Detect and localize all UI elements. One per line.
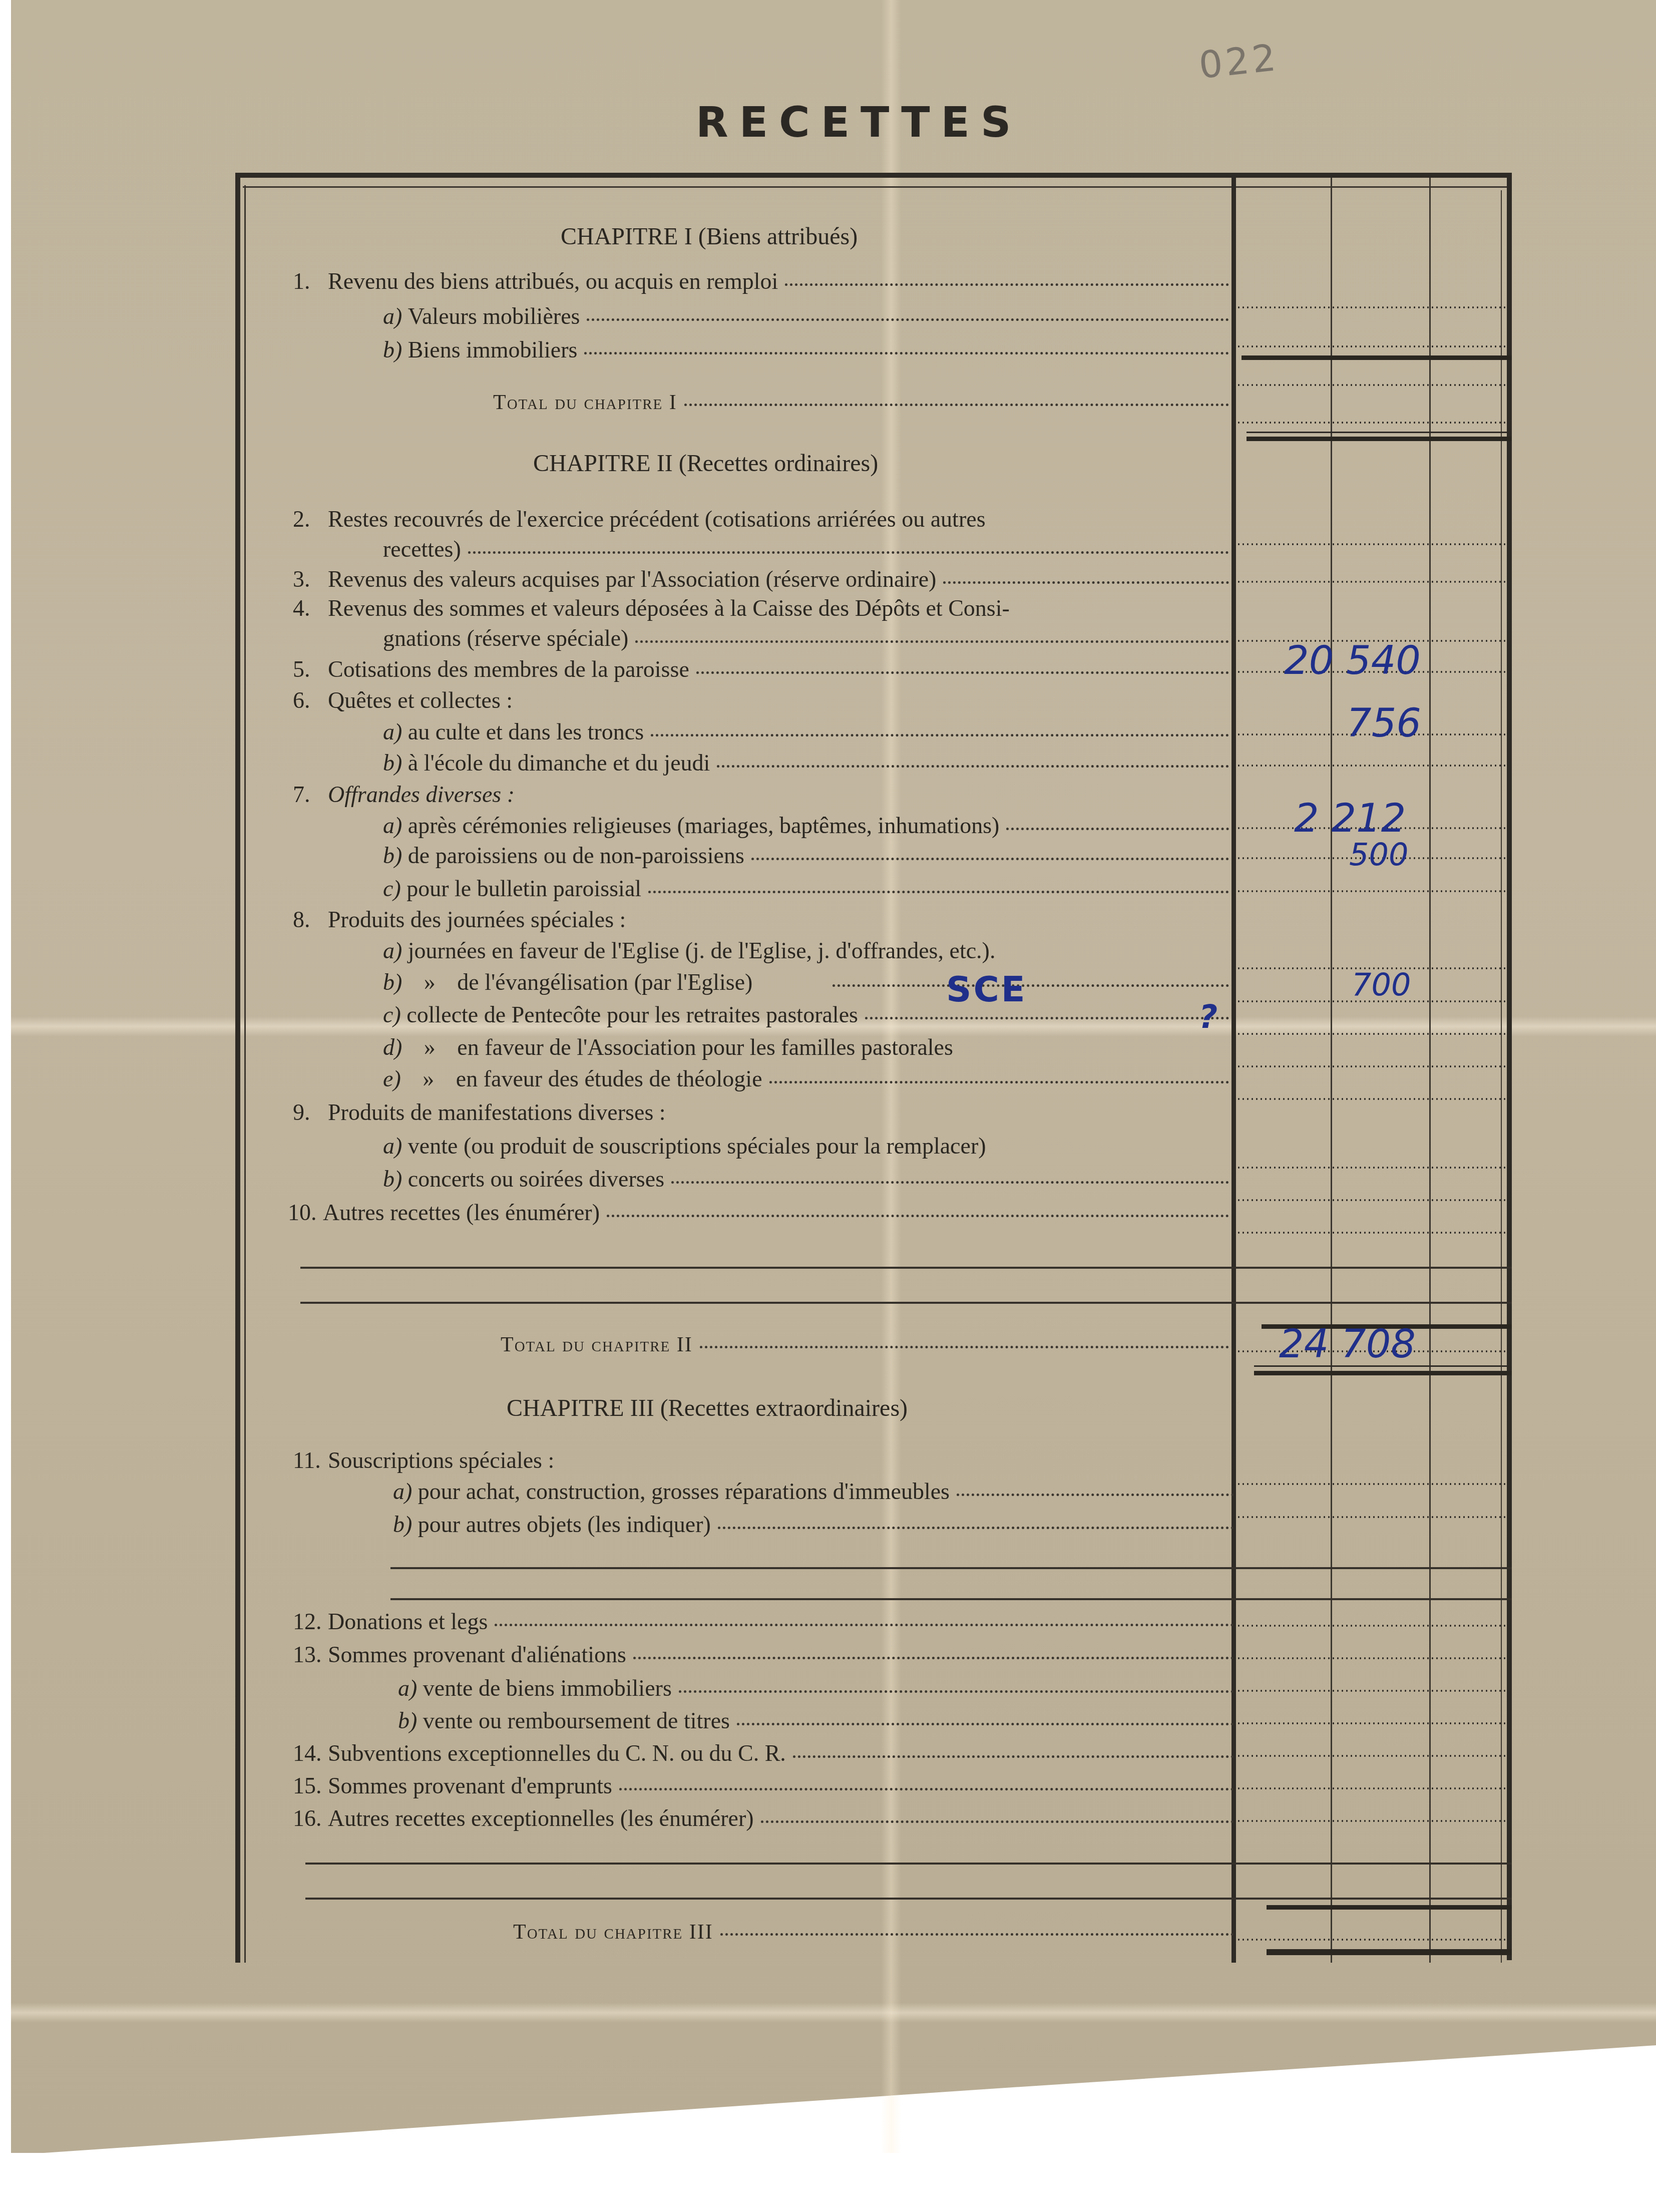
line-item: 16. Autres recettes exceptionnelles (les… (293, 1805, 1234, 1831)
amount-row-rule (1236, 1516, 1509, 1518)
amount-row-rule (1236, 384, 1509, 386)
line-item: d) » en faveur de l'Association pour les… (383, 1034, 1229, 1060)
line-item: c) pour le bulletin paroissial (383, 875, 1229, 902)
line-item: 6. Quêtes et collectes : (293, 687, 1229, 713)
handwritten-amount-offrandes-paroissiens: 500 (1349, 836, 1408, 873)
line-item: 3. Revenus des valeurs acquises par l'As… (293, 566, 1229, 592)
handwritten-total-chapter-2: 24 708 (1279, 1322, 1416, 1367)
line-item-continuation: gnations (réserve spéciale) (383, 625, 1229, 651)
line-item: 7. Offrandes diverses : (293, 781, 1229, 808)
chapter-3-heading: CHAPITRE III (Recettes extraordinaires) (507, 1394, 908, 1422)
line-item: a) pour achat, construction, grosses rép… (393, 1478, 1234, 1505)
amount-row-rule (1236, 1755, 1509, 1757)
amount-row-rule (1236, 1690, 1509, 1692)
page-title: RECETTES (696, 98, 1022, 147)
line-item: b) concerts ou soirées diverses (383, 1166, 1229, 1192)
blank-entry-line (390, 1567, 1512, 1569)
chapter-2-total: Total du chapitre II (501, 1333, 1229, 1357)
amount-row-rule (1236, 1787, 1509, 1789)
amount-row-rule (1236, 1098, 1509, 1100)
frame-border-top-inner (243, 186, 1509, 188)
amount-row-rule (1236, 1033, 1509, 1035)
line-item: b) vente ou remboursement de titres (398, 1707, 1234, 1734)
line-item: b) pour autres objets (les indiquer) (393, 1511, 1234, 1538)
amount-row-rule (1236, 581, 1509, 583)
amount-row-rule (1236, 345, 1509, 347)
amount-row-rule (1236, 1483, 1509, 1485)
line-item: a) vente de biens immobiliers (398, 1675, 1234, 1701)
line-item: a) au culte et dans les troncs (383, 718, 1229, 745)
line-item: 12. Donations et legs (293, 1608, 1234, 1635)
total-rule (1247, 432, 1512, 433)
line-item: 13. Sommes provenant d'aliénations (293, 1641, 1234, 1668)
amount-row-rule (1236, 422, 1509, 424)
chapter-1-heading: CHAPITRE I (Biens attribués) (561, 223, 858, 250)
total-rule (1247, 437, 1512, 441)
chapter-3-total: Total du chapitre III (513, 1920, 1234, 1944)
subtotal-rule (1267, 1905, 1512, 1910)
blank-entry-line (305, 1863, 1512, 1865)
amount-row-rule (1236, 1199, 1509, 1201)
handwritten-amount-offrandes-ceremonies: 2 212 (1294, 796, 1406, 841)
subtotal-rule (1241, 355, 1512, 360)
line-item: b) de paroissiens ou de non-paroissiens (383, 842, 1229, 869)
amount-subcolumn-divider (1429, 178, 1431, 1963)
chapter-1-total: Total du chapitre I (493, 391, 1229, 415)
amount-subcolumn-divider (1331, 178, 1332, 1963)
total-rule (1267, 1949, 1512, 1955)
line-item: 1. Revenu des biens attribués, ou acquis… (293, 268, 1229, 294)
line-item: a) vente (ou produit de souscriptions sp… (383, 1133, 1229, 1159)
line-item: b) » de l'évangélisation (par l'Eglise) (383, 969, 1229, 995)
amount-row-rule (1236, 1625, 1509, 1627)
line-item: a) après cérémonies religieuses (mariage… (383, 812, 1229, 839)
line-item: 9. Produits de manifestations diverses : (293, 1099, 1229, 1126)
amount-row-rule (1236, 543, 1509, 545)
line-item: e) » en faveur des études de théologie (383, 1065, 1229, 1092)
amount-row-rule (1236, 1065, 1509, 1067)
amount-subcolumn-divider (1501, 190, 1502, 1963)
line-item: a) Valeurs mobilières (383, 303, 1229, 329)
line-item: 11. Souscriptions spéciales : (293, 1447, 1229, 1473)
handwritten-amount-quetes-culte: 756 (1347, 701, 1421, 746)
blank-entry-line (300, 1302, 1512, 1304)
line-item: 10. Autres recettes (les énumérer) (288, 1199, 1229, 1226)
frame-border-top (235, 173, 1512, 178)
horizontal-fold-crease (11, 2003, 1656, 2023)
amount-row-rule (1236, 1722, 1509, 1724)
handwritten-question-mark: ? (1199, 999, 1217, 1036)
handwritten-amount-cotisations: 20 540 (1284, 638, 1421, 683)
amount-row-rule (1236, 1820, 1509, 1822)
pencil-page-number: 022 (1197, 36, 1281, 87)
line-item: 5. Cotisations des membres de la paroiss… (293, 656, 1229, 682)
amount-row-rule (1236, 306, 1509, 308)
line-item: b) Biens immobiliers (383, 336, 1229, 363)
handwritten-amount-evangelisation: 700 (1352, 966, 1411, 1003)
line-item: c) collecte de Pentecôte pour les retrai… (383, 1001, 1229, 1028)
line-item: 8. Produits des journées spéciales : (293, 906, 1229, 933)
blank-entry-line (390, 1598, 1512, 1600)
line-item: 15. Sommes provenant d'emprunts (293, 1772, 1234, 1799)
amount-row-rule (1236, 1167, 1509, 1169)
amount-row-rule (1236, 1939, 1509, 1941)
line-item: 2. Restes recouvrés de l'exercice précéd… (293, 506, 1239, 532)
line-item: b) à l'école du dimanche et du jeudi (383, 750, 1229, 776)
line-item: 4. Revenus des sommes et valeurs déposée… (293, 595, 1239, 621)
blank-entry-line (305, 1898, 1512, 1900)
frame-border-left-inner (244, 185, 246, 1963)
frame-border-left (235, 173, 240, 1963)
amount-row-rule (1236, 765, 1509, 767)
chapter-2-heading: CHAPITRE II (Recettes ordinaires) (533, 450, 878, 477)
line-item: 14. Subventions exceptionnelles du C. N.… (293, 1740, 1234, 1766)
total-rule (1254, 1371, 1512, 1375)
line-item: a) journées en faveur de l'Eglise (j. de… (383, 937, 1229, 964)
amount-row-rule (1236, 1232, 1509, 1234)
handwritten-note-sce: SCE (946, 969, 1027, 1010)
amount-row-rule (1236, 890, 1509, 892)
blank-entry-line (300, 1267, 1512, 1269)
line-item-continuation: recettes) (383, 536, 1229, 562)
amount-row-rule (1236, 1657, 1509, 1659)
